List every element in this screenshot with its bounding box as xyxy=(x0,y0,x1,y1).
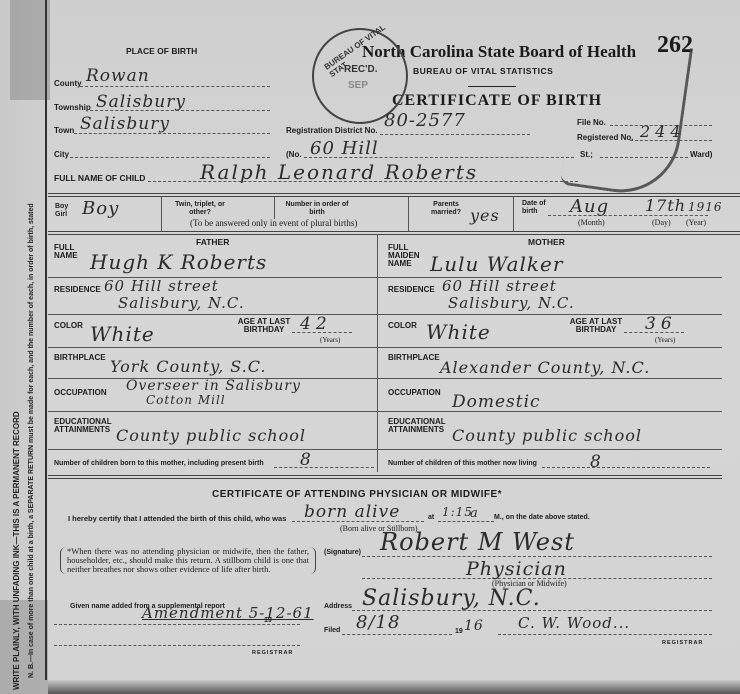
check-mark xyxy=(560,33,693,200)
father-education-field[interactable]: County public school xyxy=(116,426,306,445)
father-birthplace-field[interactable]: York County, S.C. xyxy=(110,357,266,376)
month-caption: (Month) xyxy=(578,218,605,227)
year-caption: (Year) xyxy=(686,218,706,227)
father-residence-line2[interactable]: Salisbury, N.C. xyxy=(118,294,245,312)
father-occupation-line2[interactable]: Cotton Mill xyxy=(146,393,226,407)
town-label: Town xyxy=(54,126,74,135)
am-pm-field[interactable]: a xyxy=(470,506,479,521)
mother-occupation-field[interactable]: Domestic xyxy=(452,392,541,412)
physician-address-field[interactable]: Salisbury, N.C. xyxy=(362,586,541,611)
father-education-label: EDUCATIONAL ATTAINMENTS xyxy=(54,418,116,434)
registrar-caption: REGISTRAR xyxy=(662,640,703,646)
county-label: County xyxy=(54,79,82,88)
signature-label: (Signature) xyxy=(324,549,361,556)
place-of-birth-heading: PLACE OF BIRTH xyxy=(126,46,197,56)
registered-number-label: Registered No. xyxy=(577,133,633,142)
plural-births-note: (To be answered only in event of plural … xyxy=(190,218,357,228)
address-label: Address xyxy=(324,603,352,610)
township-label: Township xyxy=(54,103,91,112)
father-residence-label: RESIDENCE xyxy=(54,285,101,294)
margin-instruction-2: N. B.—In case of more than one child at … xyxy=(28,203,35,678)
mother-age-label: AGE AT LAST BIRTHDAY xyxy=(566,318,626,334)
father-occupation-label: OCCUPATION xyxy=(54,388,107,397)
father-age-label: AGE AT LAST BIRTHDAY xyxy=(234,318,294,334)
mother-age-field[interactable]: 36 xyxy=(645,314,677,334)
mother-residence-line2[interactable]: Salisbury, N.C. xyxy=(448,294,575,312)
filed-label: Filed xyxy=(324,627,340,634)
street-number-label: (No. xyxy=(286,150,302,159)
mother-occupation-label: OCCUPATION xyxy=(388,388,441,397)
physician-title-field[interactable]: Physician xyxy=(466,558,567,580)
father-birthplace-label: BIRTHPLACE xyxy=(54,353,106,362)
child-name-label: FULL NAME OF CHILD xyxy=(54,173,145,183)
father-years-caption: (Years) xyxy=(320,336,340,344)
date-of-birth-label: Date of birth xyxy=(522,200,554,216)
girl-label: Girl xyxy=(55,211,67,218)
margin-rule xyxy=(45,0,47,680)
registered-number-field[interactable]: 244 xyxy=(640,122,686,141)
supplemental-field[interactable]: Amendment 5-12-61 xyxy=(142,604,314,622)
town-field[interactable]: Salisbury xyxy=(80,114,170,134)
mother-heading: MOTHER xyxy=(528,237,565,247)
stamp-received: REC'D. xyxy=(344,64,378,75)
certify-text: I hereby certify that I attended the bir… xyxy=(68,514,286,523)
parents-married-label: Parents married? xyxy=(420,201,472,217)
twin-label: Twin, triplet, or other? xyxy=(170,201,230,217)
dob-year-field[interactable]: 1916 xyxy=(688,200,723,214)
father-heading: FATHER xyxy=(196,237,229,247)
father-occupation-line1[interactable]: Overseer in Salisbury xyxy=(126,378,301,394)
children-born-label: Number of children born to this mother, … xyxy=(54,460,264,467)
registrar-signature-field[interactable]: C. W. Wood... xyxy=(518,614,630,632)
margin-instruction-1: WRITE PLAINLY, WITH UNFADING INK—THIS IS… xyxy=(12,411,21,690)
sex-field[interactable]: Boy xyxy=(82,198,119,219)
mother-name-field[interactable]: Lulu Walker xyxy=(430,252,563,276)
title-rule xyxy=(468,86,516,87)
filed-year-field[interactable]: 16 xyxy=(464,618,484,634)
registration-district-field[interactable]: 80-2577 xyxy=(384,110,466,131)
mother-residence-label: RESIDENCE xyxy=(388,285,435,294)
mother-education-label: EDUCATIONAL ATTAINMENTS xyxy=(388,418,450,434)
supplemental-registrar-caption: REGISTRAR xyxy=(252,650,293,656)
father-age-field[interactable]: 42 xyxy=(300,314,332,334)
time-at-label: at xyxy=(428,514,434,521)
scan-shadow-top xyxy=(10,0,50,100)
mother-color-field[interactable]: White xyxy=(426,320,491,344)
father-color-label: COLOR xyxy=(54,321,83,330)
dob-day-field[interactable]: 17th xyxy=(645,196,686,215)
birth-certificate: WRITE PLAINLY, WITH UNFADING INK—THIS IS… xyxy=(0,0,740,694)
physician-note: *When there was no attending physician o… xyxy=(60,547,316,574)
divider xyxy=(48,475,722,479)
mother-name-label: FULL MAIDEN NAME xyxy=(388,244,422,268)
stamp-month: SEP xyxy=(348,80,368,91)
birth-time-field[interactable]: 1:15 xyxy=(442,505,473,519)
county-field[interactable]: Rowan xyxy=(86,66,150,86)
dob-month-field[interactable]: Aug xyxy=(570,196,609,217)
parents-column-divider xyxy=(377,234,378,472)
boy-label: Boy xyxy=(55,203,68,210)
mother-color-label: COLOR xyxy=(388,321,417,330)
registration-district-label: Registration District No. xyxy=(286,126,378,135)
mother-education-field[interactable]: County public school xyxy=(452,426,642,445)
mother-years-caption: (Years) xyxy=(655,336,675,344)
child-name-field[interactable]: Ralph Leonard Roberts xyxy=(200,160,478,184)
street-label: St.; xyxy=(580,150,593,159)
birth-order-label: Number in order of birth xyxy=(282,201,352,217)
file-number-label: File No. xyxy=(577,118,606,127)
left-margin xyxy=(0,0,48,694)
filed-year-prefix: 19 xyxy=(455,628,463,635)
birth-status-field[interactable]: born alive xyxy=(304,502,400,522)
divider xyxy=(48,231,740,235)
father-name-label: FULL NAME xyxy=(54,244,84,260)
township-field[interactable]: Salisbury xyxy=(96,92,186,112)
scan-bottom-edge xyxy=(48,680,740,694)
father-color-field[interactable]: White xyxy=(90,322,155,346)
city-label: City xyxy=(54,150,69,159)
mother-birthplace-field[interactable]: Alexander County, N.C. xyxy=(440,358,650,377)
day-caption: (Day) xyxy=(652,218,671,227)
father-residence-line1[interactable]: 60 Hill street xyxy=(104,277,219,295)
parents-married-field[interactable]: yes xyxy=(470,206,500,225)
time-suffix-text: M., on the date above stated. xyxy=(494,514,590,521)
ward-label: Ward) xyxy=(690,150,712,159)
physician-signature-field[interactable]: Robert M West xyxy=(380,528,575,556)
children-living-field[interactable]: 8 xyxy=(590,452,602,472)
scan-shadow-bottom xyxy=(0,600,48,694)
divider xyxy=(48,193,740,197)
bureau-name: BUREAU OF VITAL STATISTICS xyxy=(413,66,553,76)
filed-date-field[interactable]: 8/18 xyxy=(356,612,400,633)
physician-heading: CERTIFICATE OF ATTENDING PHYSICIAN OR MI… xyxy=(212,489,502,500)
mother-birthplace-label: BIRTHPLACE xyxy=(388,353,440,362)
children-born-field[interactable]: 8 xyxy=(300,450,312,470)
mother-residence-line1[interactable]: 60 Hill street xyxy=(442,277,557,295)
father-name-field[interactable]: Hugh K Roberts xyxy=(90,250,267,274)
street-address-field[interactable]: 60 Hill xyxy=(310,138,379,159)
children-living-label: Number of children of this mother now li… xyxy=(388,460,537,467)
supplemental-year-prefix: 19 xyxy=(264,617,272,624)
